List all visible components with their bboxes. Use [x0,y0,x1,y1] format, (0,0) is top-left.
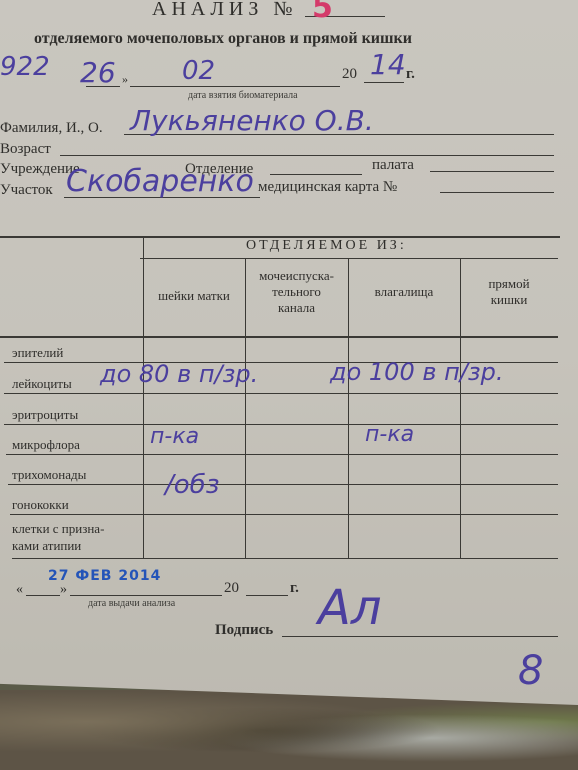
year-underline [364,82,404,83]
signature-underline [282,636,558,637]
date-day: 26 [80,56,116,89]
date-taken-caption: дата взятия биоматериала [188,90,298,101]
row-label-gonococci: гонококки [12,497,69,513]
year-unit: г. [406,66,415,83]
form-subtitle: отделяемого мочеполовых органов и прямой… [34,30,412,48]
carpet-background [0,690,578,770]
signature-label: Подпись [215,622,273,639]
medcard-label: медицинская карта № [258,179,397,196]
col-header-vagina: влагалища [348,284,460,300]
issue-date-caption: дата выдачи анализа [88,598,175,609]
department-underline [270,174,362,175]
medcard-underline [440,192,554,193]
row-label-leukocytes: лейкоциты [12,376,72,392]
year-prefix: 20 [342,66,357,83]
date-prefix-handwritten: 922 [0,52,50,82]
trich-gono-cervix-value: /обз [165,470,220,500]
analysis-number: 5 [312,0,333,25]
row-label-microflora: микрофлора [12,437,80,453]
leukocytes-cervix-value: до 80 в п/зр. [100,360,258,388]
issue-day-underline [26,595,60,596]
surname-label: Фамилия, И., О. [0,120,103,137]
issue-open-quote: « [16,582,23,598]
surname-value: Лукьяненко О.В. [130,104,374,137]
issue-year-prefix: 20 [224,580,239,597]
col-header-urethra: мочеиспуска- тельного канала [245,268,348,316]
table-group-header: ОТДЕЛЯЕМОЕ ИЗ: [246,238,407,254]
page-number: 8 [518,648,543,694]
age-underline [60,155,554,156]
row-label-epithelium: эпителий [12,345,63,361]
microflora-cervix-value: п-ка [150,424,199,449]
issue-year-unit: г. [290,580,299,597]
analysis-form-sheet: АНАЛИЗ № 5 отделяемого мочеполовых орган… [0,0,578,705]
signature-value: Ал [318,580,382,636]
age-label: Возраст [0,141,51,158]
issue-close-quote: » [60,582,67,598]
district-value: Скобаренко [66,164,254,199]
row-label-erythrocytes: эритроциты [12,407,78,423]
month-underline [130,86,340,87]
ward-label: палата [372,157,414,174]
district-label: Участок [0,182,53,199]
date-month: 02 [182,56,215,86]
day-underline [86,86,120,87]
microflora-vagina-value: п-ка [365,422,414,447]
ward-underline [430,171,554,172]
close-quote: » [122,72,128,87]
date-year: 14 [370,48,406,81]
row-label-atypical-cells: клетки с призна- ками атипии [12,520,104,554]
col-header-cervix: шейки матки [143,288,245,304]
issue-month-underline [70,595,222,596]
form-title: АНАЛИЗ № [152,0,297,21]
row-label-trichomonads: трихомонады [12,467,86,483]
leukocytes-vagina-value: до 100 в п/зр. [330,358,504,386]
issue-year-underline [246,595,288,596]
col-header-rectum: прямой кишки [460,276,558,308]
